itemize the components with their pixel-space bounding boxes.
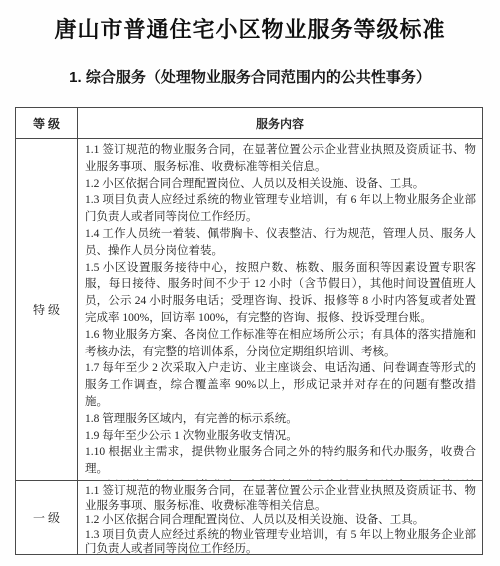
- content-header-label: 服务内容: [256, 115, 304, 132]
- service-content-cell: 1.1 签订规范的物业服务合同，在显著位置公示企业营业执照及资质证书、物业服务事…: [78, 481, 482, 554]
- service-item: 1.3 项目负责人应经过系统的物业管理专业培训，有 6 年以上物业服务企业部门负…: [85, 192, 476, 226]
- service-item: 1.4 工作人员统一着装、佩带胸卡、仪表整洁、行为规范，管理人员、服务人员、操作…: [85, 226, 476, 260]
- service-item: 1.11 运用信息化技术对物业竣工验收资料、业主资料、房屋档案、设备管理档案、收…: [85, 478, 476, 480]
- service-item: 1.2 小区依据合同合理配置岗位、人员以及相关设施、设备、工具。: [85, 513, 476, 528]
- service-item: 1.1 签订规范的物业服务合同，在显著位置公示企业营业执照及资质证书、物业服务事…: [85, 484, 476, 513]
- service-item: 1.7 每年至少 2 次采取入户走访、业主座谈会、电话沟通、问卷调查等形式的服务…: [85, 360, 476, 410]
- service-item: 1.1 签订规范的物业服务合同，在显著位置公示企业营业执照及资质证书、物业服务事…: [85, 142, 476, 176]
- table-header-row: 等 级 服务内容: [16, 108, 482, 138]
- service-item: 1.9 每年至少公示 1 次物业服务收支情况。: [85, 428, 476, 445]
- grade-cell: 一 级: [16, 481, 78, 554]
- column-header-grade: 等 级: [16, 108, 78, 138]
- service-item: 1.2 小区依据合同合理配置岗位、人员以及相关设施、设备、工具。: [85, 176, 476, 193]
- service-content-cell: 1.1 签订规范的物业服务合同，在显著位置公示企业营业执照及资质证书、物业服务事…: [78, 139, 482, 480]
- document-title: 唐山市普通住宅小区物业服务等级标准: [0, 13, 500, 44]
- section-heading: 1. 综合服务（处理物业服务合同范围内的公共性事务）: [0, 66, 500, 87]
- document-page: 唐山市普通住宅小区物业服务等级标准 1. 综合服务（处理物业服务合同范围内的公共…: [0, 0, 500, 566]
- service-item: 1.5 小区设置服务接待中心，按照户数、栋数、服务面积等因素设置专职客服，每日接…: [85, 260, 476, 327]
- service-item: 1.8 管理服务区域内，有完善的标示系统。: [85, 411, 476, 428]
- grade-header-label: 等 级: [33, 115, 60, 132]
- service-item: 1.6 物业服务方案、各岗位工作标准等在相应场所公示；有具体的落实措施和考核办法…: [85, 327, 476, 361]
- grade-cell: 特 级: [16, 139, 78, 480]
- table-row: 特 级1.1 签订规范的物业服务合同，在显著位置公示企业营业执照及资质证书、物业…: [16, 138, 482, 480]
- service-item: 1.3 项目负责人应经过系统的物业管理专业培训，有 5 年以上物业服务企业部门负…: [85, 528, 476, 554]
- service-grade-table: 等 级 服务内容 特 级1.1 签订规范的物业服务合同，在显著位置公示企业营业执…: [15, 107, 483, 555]
- column-header-content: 服务内容: [78, 108, 482, 138]
- table-body: 特 级1.1 签订规范的物业服务合同，在显著位置公示企业营业执照及资质证书、物业…: [16, 138, 482, 554]
- table-row: 一 级1.1 签订规范的物业服务合同，在显著位置公示企业营业执照及资质证书、物业…: [16, 480, 482, 554]
- service-item: 1.10 根据业主需求，提供物业服务合同之外的特约服务和代办服务，收费合理。: [85, 444, 476, 478]
